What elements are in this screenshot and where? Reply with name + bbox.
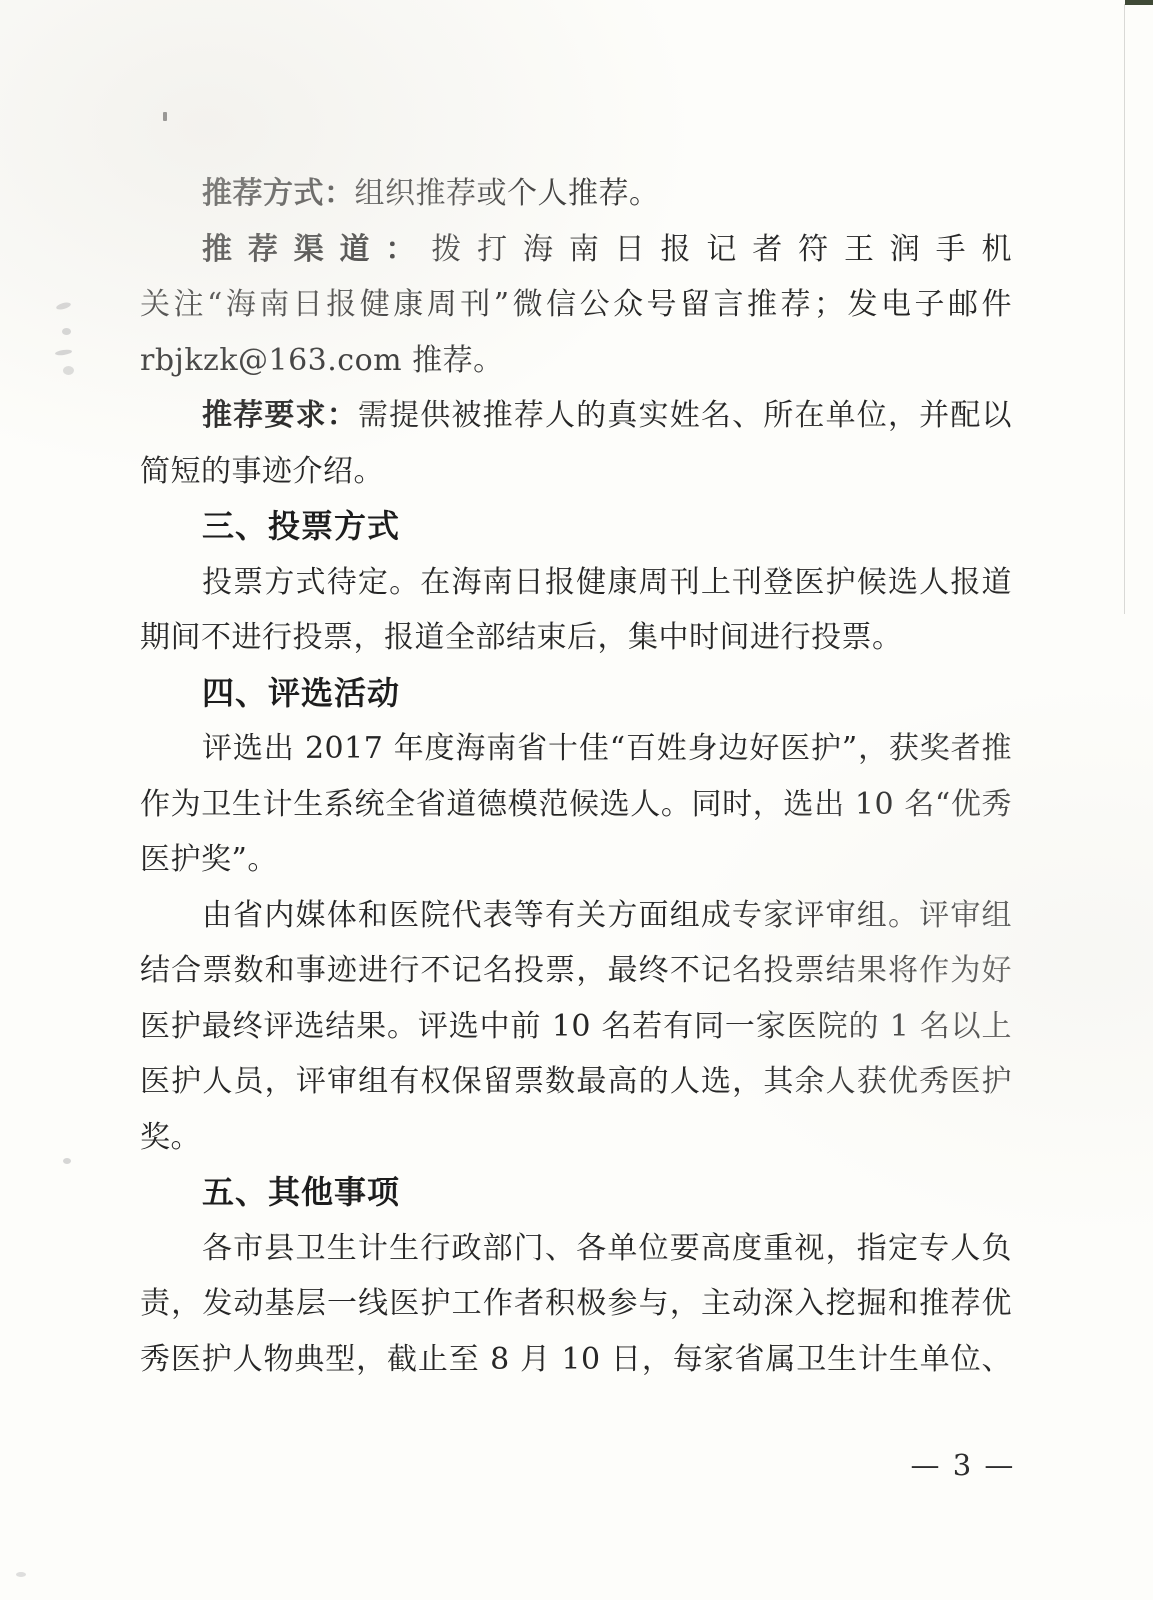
section-heading: 四、评选活动 xyxy=(140,666,1012,722)
text-line: rbjkzk@163.com 推荐。 xyxy=(140,333,1012,389)
line-text: 组织推荐或个人推荐。 xyxy=(355,176,660,211)
text-line: 推荐要求：需提供被推荐人的真实姓名、所在单位，并配以 xyxy=(140,388,1012,444)
text-line: 医护奖”。 xyxy=(140,832,1012,888)
text-line: 评选出 2017 年度海南省十佳“百姓身边好医护”，获奖者推荐 xyxy=(140,721,1012,777)
line-text: 医护人员，评审组有权保留票数最高的人选，其余人获优秀医护 xyxy=(140,1064,1012,1099)
text-line: 秀医护人物典型，截止至 8 月 10 日，每家省属卫生计生单位、 xyxy=(140,1332,1012,1388)
scan-vertical-line-artifact xyxy=(1124,4,1125,614)
line-text: 关注“海南日报健康周刊”微信公众号留言推荐；发电子邮件 xyxy=(140,287,1012,322)
text-line: 关注“海南日报健康周刊”微信公众号留言推荐；发电子邮件 xyxy=(140,277,1012,333)
line-text: 奖。 xyxy=(140,1120,201,1155)
line-text: 各市县卫生计生行政部门、各单位要高度重视，指定专人负 xyxy=(202,1231,1012,1266)
document-body: 推荐方式：组织推荐或个人推荐。推荐渠道：拨打海南日报记者符王润手机（177897… xyxy=(140,166,1012,1387)
line-text: 责，发动基层一线医护工作者积极参与，主动深入挖掘和推荐优 xyxy=(140,1286,1012,1321)
page-number: — 3 — xyxy=(898,1438,1028,1493)
line-text: 结合票数和事迹进行不记名投票，最终不记名投票结果将作为好 xyxy=(140,953,1012,988)
line-text: 医护最终评选结果。评选中前 10 名若有同一家医院的 1 名以上 xyxy=(140,1009,1012,1044)
scan-smudge-artifact xyxy=(62,328,71,335)
text-line: 简短的事迹介绍。 xyxy=(140,444,1012,500)
line-text: 医护奖”。 xyxy=(140,842,278,877)
text-line: 推荐渠道：拨打海南日报记者符王润手机（17789778872）； xyxy=(140,222,1012,278)
section-heading: 三、投票方式 xyxy=(140,499,1012,555)
line-text: 由省内媒体和医院代表等有关方面组成专家评审组。评审组 xyxy=(202,898,1012,933)
ink-speck-artifact xyxy=(163,112,167,121)
run-in-label: 推荐渠道： xyxy=(202,232,431,267)
line-text: 评选出 2017 年度海南省十佳“百姓身边好医护”，获奖者推荐 xyxy=(202,731,1012,777)
scan-edge-artifact xyxy=(1125,0,1153,5)
line-text: 投票方式待定。在海南日报健康周刊上刊登医护候选人报道 xyxy=(202,565,1012,600)
line-text: rbjkzk@163.com 推荐。 xyxy=(140,343,504,378)
text-line: 奖。 xyxy=(140,1110,1012,1166)
line-text: 三、投票方式 xyxy=(202,507,400,545)
text-line: 推荐方式：组织推荐或个人推荐。 xyxy=(140,166,1012,222)
scan-smudge-artifact xyxy=(63,1158,71,1164)
scanned-document-page: 推荐方式：组织推荐或个人推荐。推荐渠道：拨打海南日报记者符王润手机（177897… xyxy=(0,0,1153,1600)
line-text: 五、其他事项 xyxy=(202,1173,400,1211)
text-line: 由省内媒体和医院代表等有关方面组成专家评审组。评审组 xyxy=(140,888,1012,944)
line-text: 期间不进行投票，报道全部结束后，集中时间进行投票。 xyxy=(140,620,903,655)
text-line: 医护人员，评审组有权保留票数最高的人选，其余人获优秀医护 xyxy=(140,1054,1012,1110)
text-line: 医护最终评选结果。评选中前 10 名若有同一家医院的 1 名以上 xyxy=(140,999,1012,1055)
line-text: 四、评选活动 xyxy=(202,674,400,712)
page-number-label: — 3 — xyxy=(911,1448,1016,1482)
text-line: 结合票数和事迹进行不记名投票，最终不记名投票结果将作为好 xyxy=(140,943,1012,999)
text-line: 期间不进行投票，报道全部结束后，集中时间进行投票。 xyxy=(140,610,1012,666)
scan-smudge-artifact xyxy=(16,1572,26,1577)
text-line: 各市县卫生计生行政部门、各单位要高度重视，指定专人负 xyxy=(140,1221,1012,1277)
line-text: 作为卫生计生系统全省道德模范候选人。同时，选出 10 名“优秀 xyxy=(140,787,1012,822)
section-heading: 五、其他事项 xyxy=(140,1165,1012,1221)
line-text: 秀医护人物典型，截止至 8 月 10 日，每家省属卫生计生单位、 xyxy=(140,1342,1012,1377)
line-text: 简短的事迹介绍。 xyxy=(140,454,384,489)
text-line: 作为卫生计生系统全省道德模范候选人。同时，选出 10 名“优秀 xyxy=(140,777,1012,833)
scan-smudge-artifact xyxy=(55,301,71,311)
text-line: 投票方式待定。在海南日报健康周刊上刊登医护候选人报道 xyxy=(140,555,1012,611)
scan-smudge-artifact xyxy=(63,366,74,375)
run-in-label: 推荐要求： xyxy=(202,398,358,433)
line-text: 需提供被推荐人的真实姓名、所在单位，并配以 xyxy=(358,398,1012,433)
run-in-label: 推荐方式： xyxy=(202,176,355,211)
scan-smudge-artifact xyxy=(55,349,73,356)
text-line: 责，发动基层一线医护工作者积极参与，主动深入挖掘和推荐优 xyxy=(140,1276,1012,1332)
